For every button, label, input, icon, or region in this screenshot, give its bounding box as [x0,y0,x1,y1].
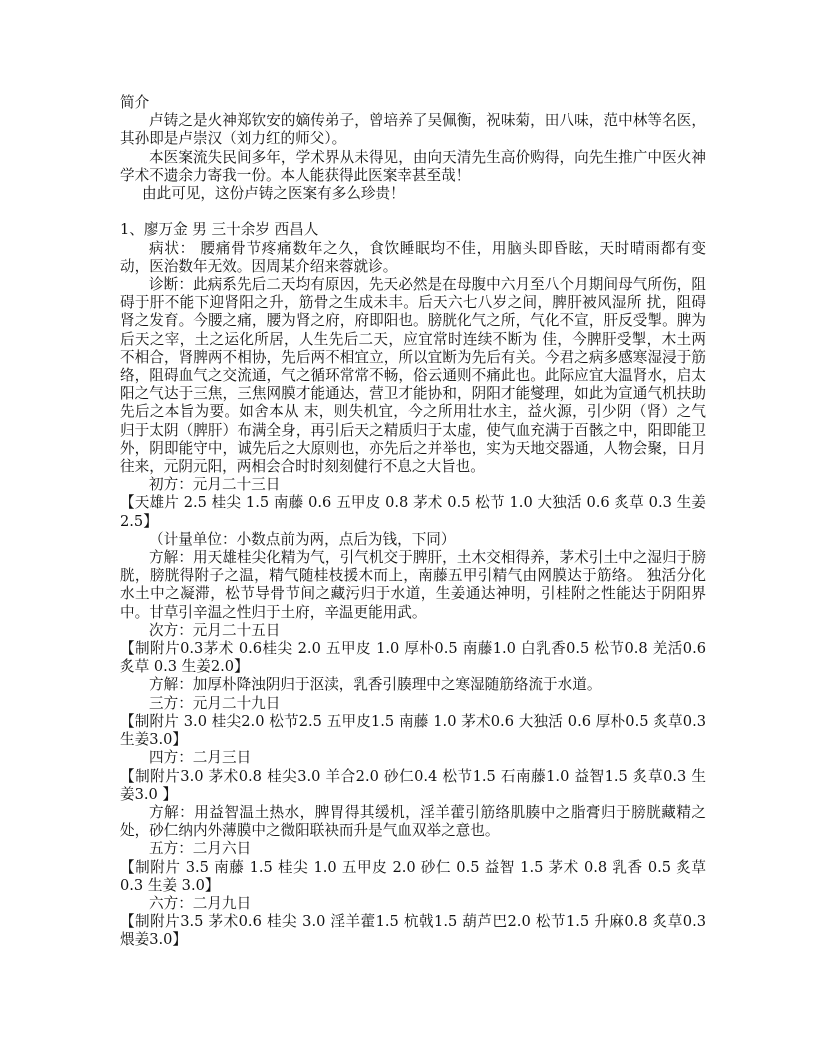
spacer [120,203,706,221]
intro-paragraph: 本医案流失民间多年，学术界从未得见，由向天清先生高价购得，向先生推广中医火神学术… [120,149,706,185]
prescription-formula: 【制附片3.0 茅术0.8 桂尖3.0 羊合2.0 砂仁0.4 松节1.5 石南… [120,768,706,804]
prescription-label: 六方：二月九日 [120,895,706,913]
intro-paragraph: 卢铸之是火神郑钦安的嫡传弟子，曾培养了吴佩衡，祝味菊，田八味，范中林等名医，其孙… [120,112,706,148]
prescription-explanation: 方解：加厚朴降浊阴归于沤渎，乳香引腠理中之寒湿随筋络流于水道。 [120,676,706,694]
prescription-note: （计量单位：小数点前为两，点后为钱，下同） [120,531,706,549]
document-page: 简介 卢铸之是火神郑钦安的嫡传弟子，曾培养了吴佩衡，祝味菊，田八味，范中林等名医… [120,94,706,950]
prescription-explanation: 方解：用天雄桂尖化精为气，引气机交于脾肝，土木交相得养，茅术引土中之湿归于膀胱，… [120,549,706,622]
case-title: 1、廖万金 男 三十余岁 西昌人 [120,221,706,239]
prescription-formula: 【制附片3.5 茅术0.6 桂尖 3.0 淫羊藿1.5 杭戟1.5 葫芦巴2.0… [120,913,706,949]
prescription-label: 初方：元月二十三日 [120,476,706,494]
prescription-formula: 【制附片 3.0 桂尖2.0 松节2.5 五甲皮1.5 南藤 1.0 茅术0.6… [120,713,706,749]
prescription-formula: 【天雄片 2.5 桂尖 1.5 南藤 0.6 五甲皮 0.8 茅术 0.5 松节… [120,494,706,530]
intro-paragraph: 由此可见，这份卢铸之医案有多么珍贵！ [120,185,706,203]
prescription-label: 五方：二月六日 [120,840,706,858]
prescription-label: 次方：元月二十五日 [120,622,706,640]
intro-heading: 简介 [120,94,706,112]
prescription-label: 四方：二月三日 [120,749,706,767]
prescription-explanation: 方解：用益智温土热水，脾胃得其缓机，淫羊藿引筋络肌腠中之脂膏归于膀胱藏精之处，砂… [120,804,706,840]
prescription-label: 三方：元月二十九日 [120,695,706,713]
case-symptoms: 病状： 腰痛骨节疼痛数年之久，食饮睡眠均不佳，用脑头即昏眩，天时晴雨都有变动，医… [120,240,706,276]
prescription-formula: 【制附片 3.5 南藤 1.5 桂尖 1.0 五甲皮 2.0 砂仁 0.5 益智… [120,859,706,895]
case-diagnosis: 诊断：此病系先后二天均有原因，先天必然是在母腹中六月至八个月期间母气所伤，阻碍于… [120,276,706,476]
prescription-formula: 【制附片0.3茅术 0.6桂尖 2.0 五甲皮 1.0 厚朴0.5 南藤1.0 … [120,640,706,676]
